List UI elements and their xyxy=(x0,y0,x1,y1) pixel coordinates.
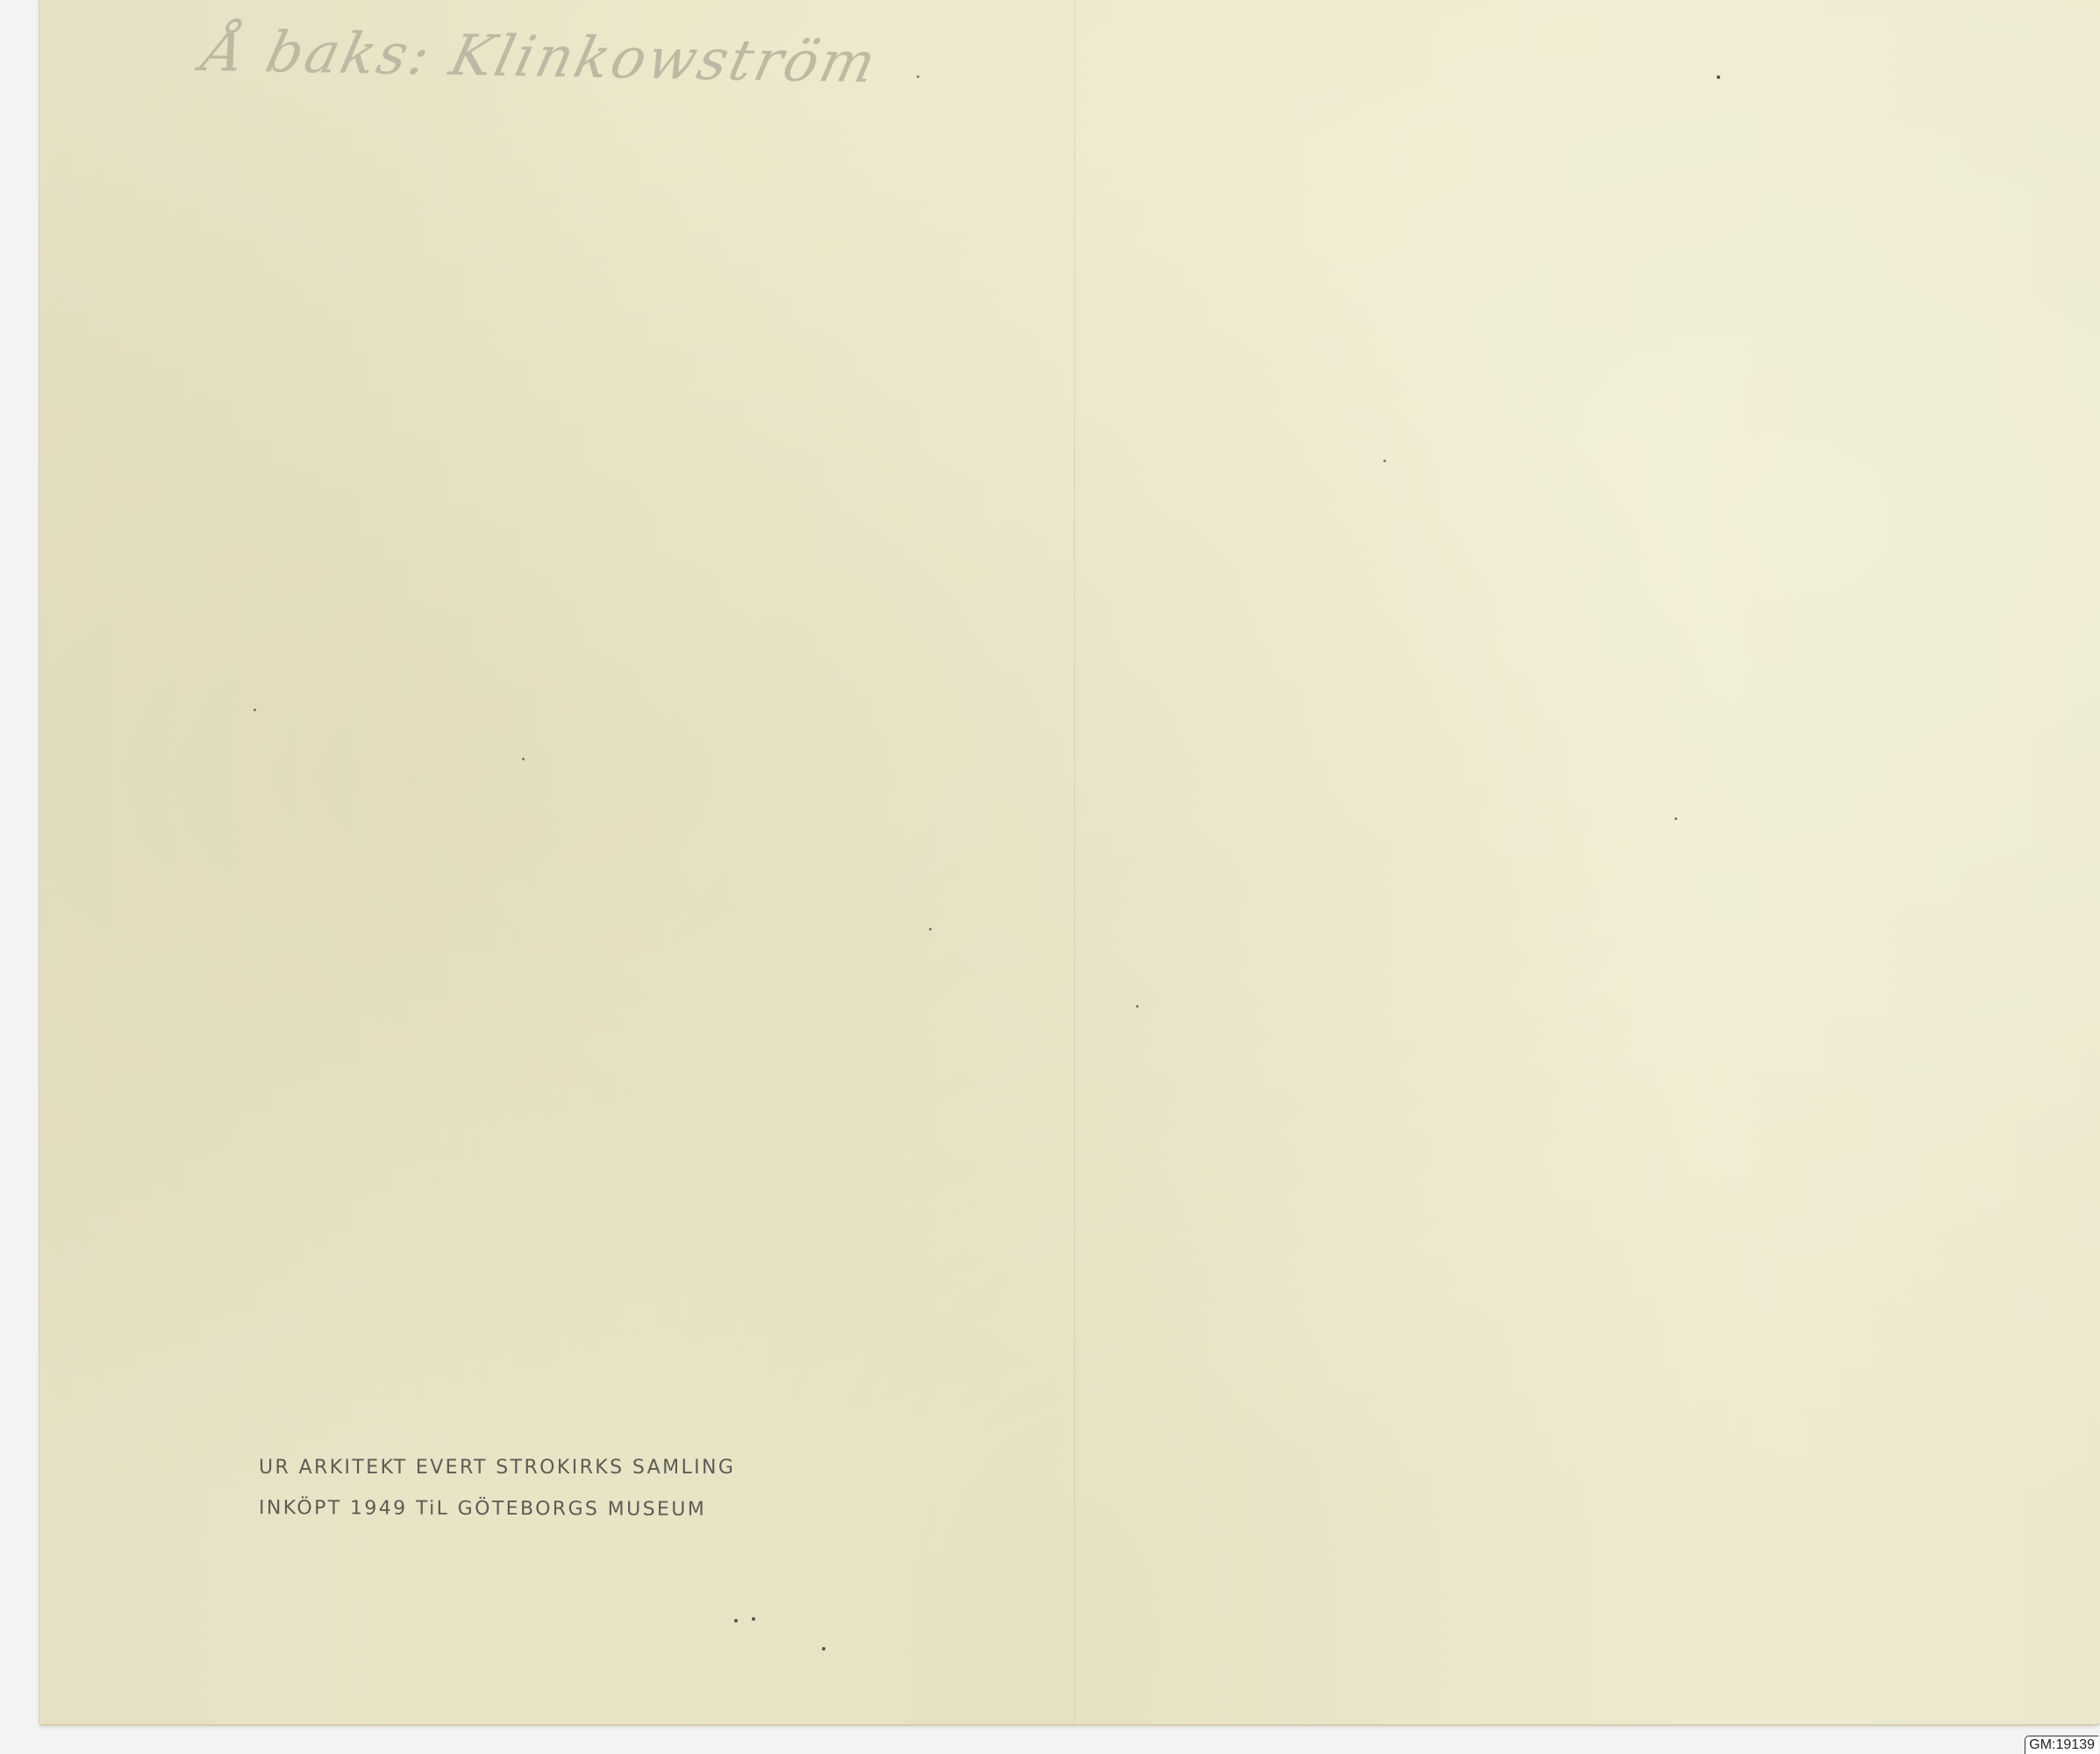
paper-speck xyxy=(254,709,256,711)
handwritten-inscription: Å baks: Klinkowström xyxy=(196,19,884,96)
paper-speck xyxy=(752,1617,755,1621)
paper-sheet: Å baks: Klinkowström UR ARKITEKT EVERT S… xyxy=(39,0,2100,1726)
paper-speck xyxy=(1136,1005,1139,1008)
paper-speck xyxy=(822,1647,825,1651)
paper-speck xyxy=(929,928,932,930)
stamp-line-1: UR ARKITEKT EVERT STROKIRKS SAMLING xyxy=(259,1447,735,1489)
paper-speck xyxy=(1675,817,1677,820)
paper-speck xyxy=(734,1619,738,1622)
paper-speck xyxy=(522,758,525,760)
stamp-line-2: INKÖPT 1949 TiL GÖTEBORGS MUSEUM xyxy=(259,1487,736,1531)
paper-speck xyxy=(1383,460,1386,462)
paper-speck xyxy=(1717,75,1720,79)
catalog-number-label: GM:19139 xyxy=(2025,1736,2098,1754)
center-fold-line xyxy=(1073,0,1076,1724)
paper-speck xyxy=(917,75,919,78)
collection-stamp: UR ARKITEKT EVERT STROKIRKS SAMLING INKÖ… xyxy=(259,1447,735,1531)
